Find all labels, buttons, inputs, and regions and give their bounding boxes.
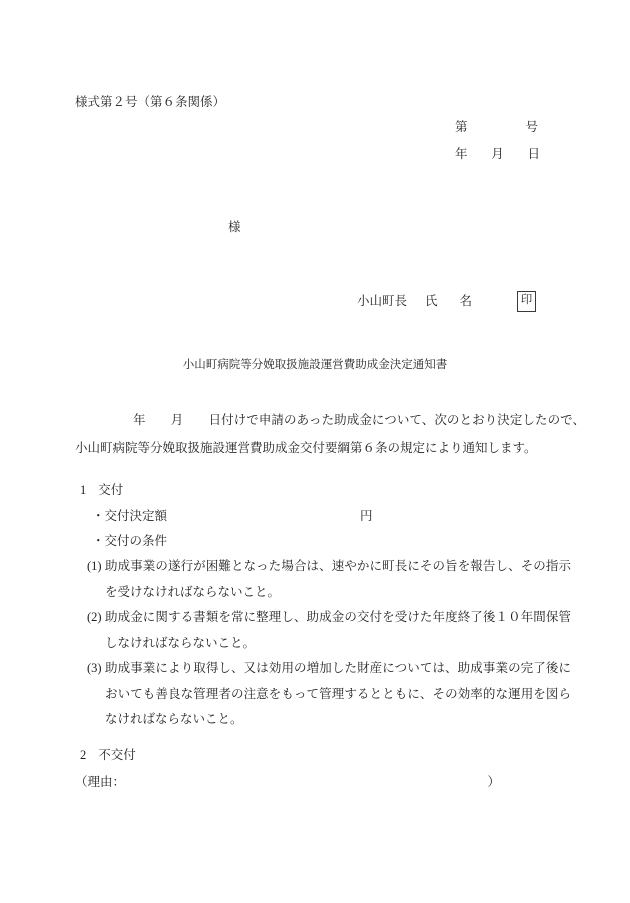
condition-text: 助成事業により取得し、又は効用の増加した財産については、助成事業の完了後において… bbox=[105, 661, 571, 726]
sender-title: 小山町長 bbox=[357, 295, 407, 308]
section-no-grant-title: 不交付 bbox=[98, 749, 136, 762]
condition-number: (2) bbox=[87, 605, 102, 631]
condition-item: (2) 助成金に関する書類を常に整理し、助成金の交付を受けた年度終了後１０年間保… bbox=[87, 605, 571, 656]
addressee-honorific: 様 bbox=[228, 221, 241, 234]
date-line: 年 月 日 bbox=[455, 148, 540, 161]
doc-number-line: 第 号 bbox=[455, 121, 538, 134]
sender-name-label-second: 名 bbox=[460, 295, 473, 308]
document-page: 様式第２号（第６条関係） 第 号 年 月 日 様 小山町長 氏 名 印 小山町病… bbox=[0, 0, 630, 903]
date-day-label: 日 bbox=[527, 148, 540, 161]
seal-box: 印 bbox=[517, 291, 536, 312]
doc-number-prefix: 第 bbox=[455, 121, 468, 134]
grant-amount-unit: 円 bbox=[360, 510, 373, 523]
sender-name-label-first: 氏 bbox=[425, 295, 438, 308]
sender-line: 小山町長 氏 名 印 bbox=[357, 290, 536, 312]
section-no-grant-number: 2 bbox=[80, 749, 86, 762]
date-year-label: 年 bbox=[455, 148, 468, 161]
grant-conditions-list: (1) 助成事業の遂行が困難となった場合は、速やかに町長にその旨を報告し、その指… bbox=[87, 554, 571, 733]
date-month-label: 月 bbox=[491, 148, 504, 161]
condition-item: (1) 助成事業の遂行が困難となった場合は、速やかに町長にその旨を報告し、その指… bbox=[87, 554, 571, 605]
reason-close-paren: ） bbox=[487, 776, 500, 789]
section-no-grant-heading: 2 不交付 bbox=[80, 749, 136, 762]
grant-conditions-label: ・交付の条件 bbox=[92, 535, 167, 548]
section-grant-title: 交付 bbox=[98, 484, 123, 497]
grant-amount-row: ・交付決定額 円 bbox=[92, 510, 582, 523]
form-number-label: 様式第２号（第６条関係） bbox=[75, 96, 225, 109]
condition-item: (3) 助成事業により取得し、又は効用の増加した財産については、助成事業の完了後… bbox=[87, 656, 571, 733]
condition-text: 助成金に関する書類を常に整理し、助成金の交付を受けた年度終了後１０年間保管しなけ… bbox=[105, 610, 571, 650]
seal-mark: 印 bbox=[521, 295, 533, 307]
doc-number-suffix: 号 bbox=[525, 121, 538, 134]
reason-open-label: （理由： bbox=[75, 776, 125, 789]
body-paragraph: 年 月 日付けで申請のあった助成金について、次のとおり決定したので、小山町病院等… bbox=[75, 406, 585, 462]
document-title: 小山町病院等分娩取扱施設運営費助成金決定通知書 bbox=[0, 360, 630, 372]
condition-number: (1) bbox=[87, 554, 102, 580]
section-grant-heading: 1 交付 bbox=[80, 484, 123, 497]
condition-number: (3) bbox=[87, 656, 102, 682]
condition-text: 助成事業の遂行が困難となった場合は、速やかに町長にその旨を報告し、その指示を受け… bbox=[105, 559, 571, 599]
grant-amount-label: ・交付決定額 bbox=[92, 509, 167, 523]
no-grant-reason-line: （理由： ） bbox=[75, 776, 500, 789]
section-grant-number: 1 bbox=[80, 484, 86, 497]
